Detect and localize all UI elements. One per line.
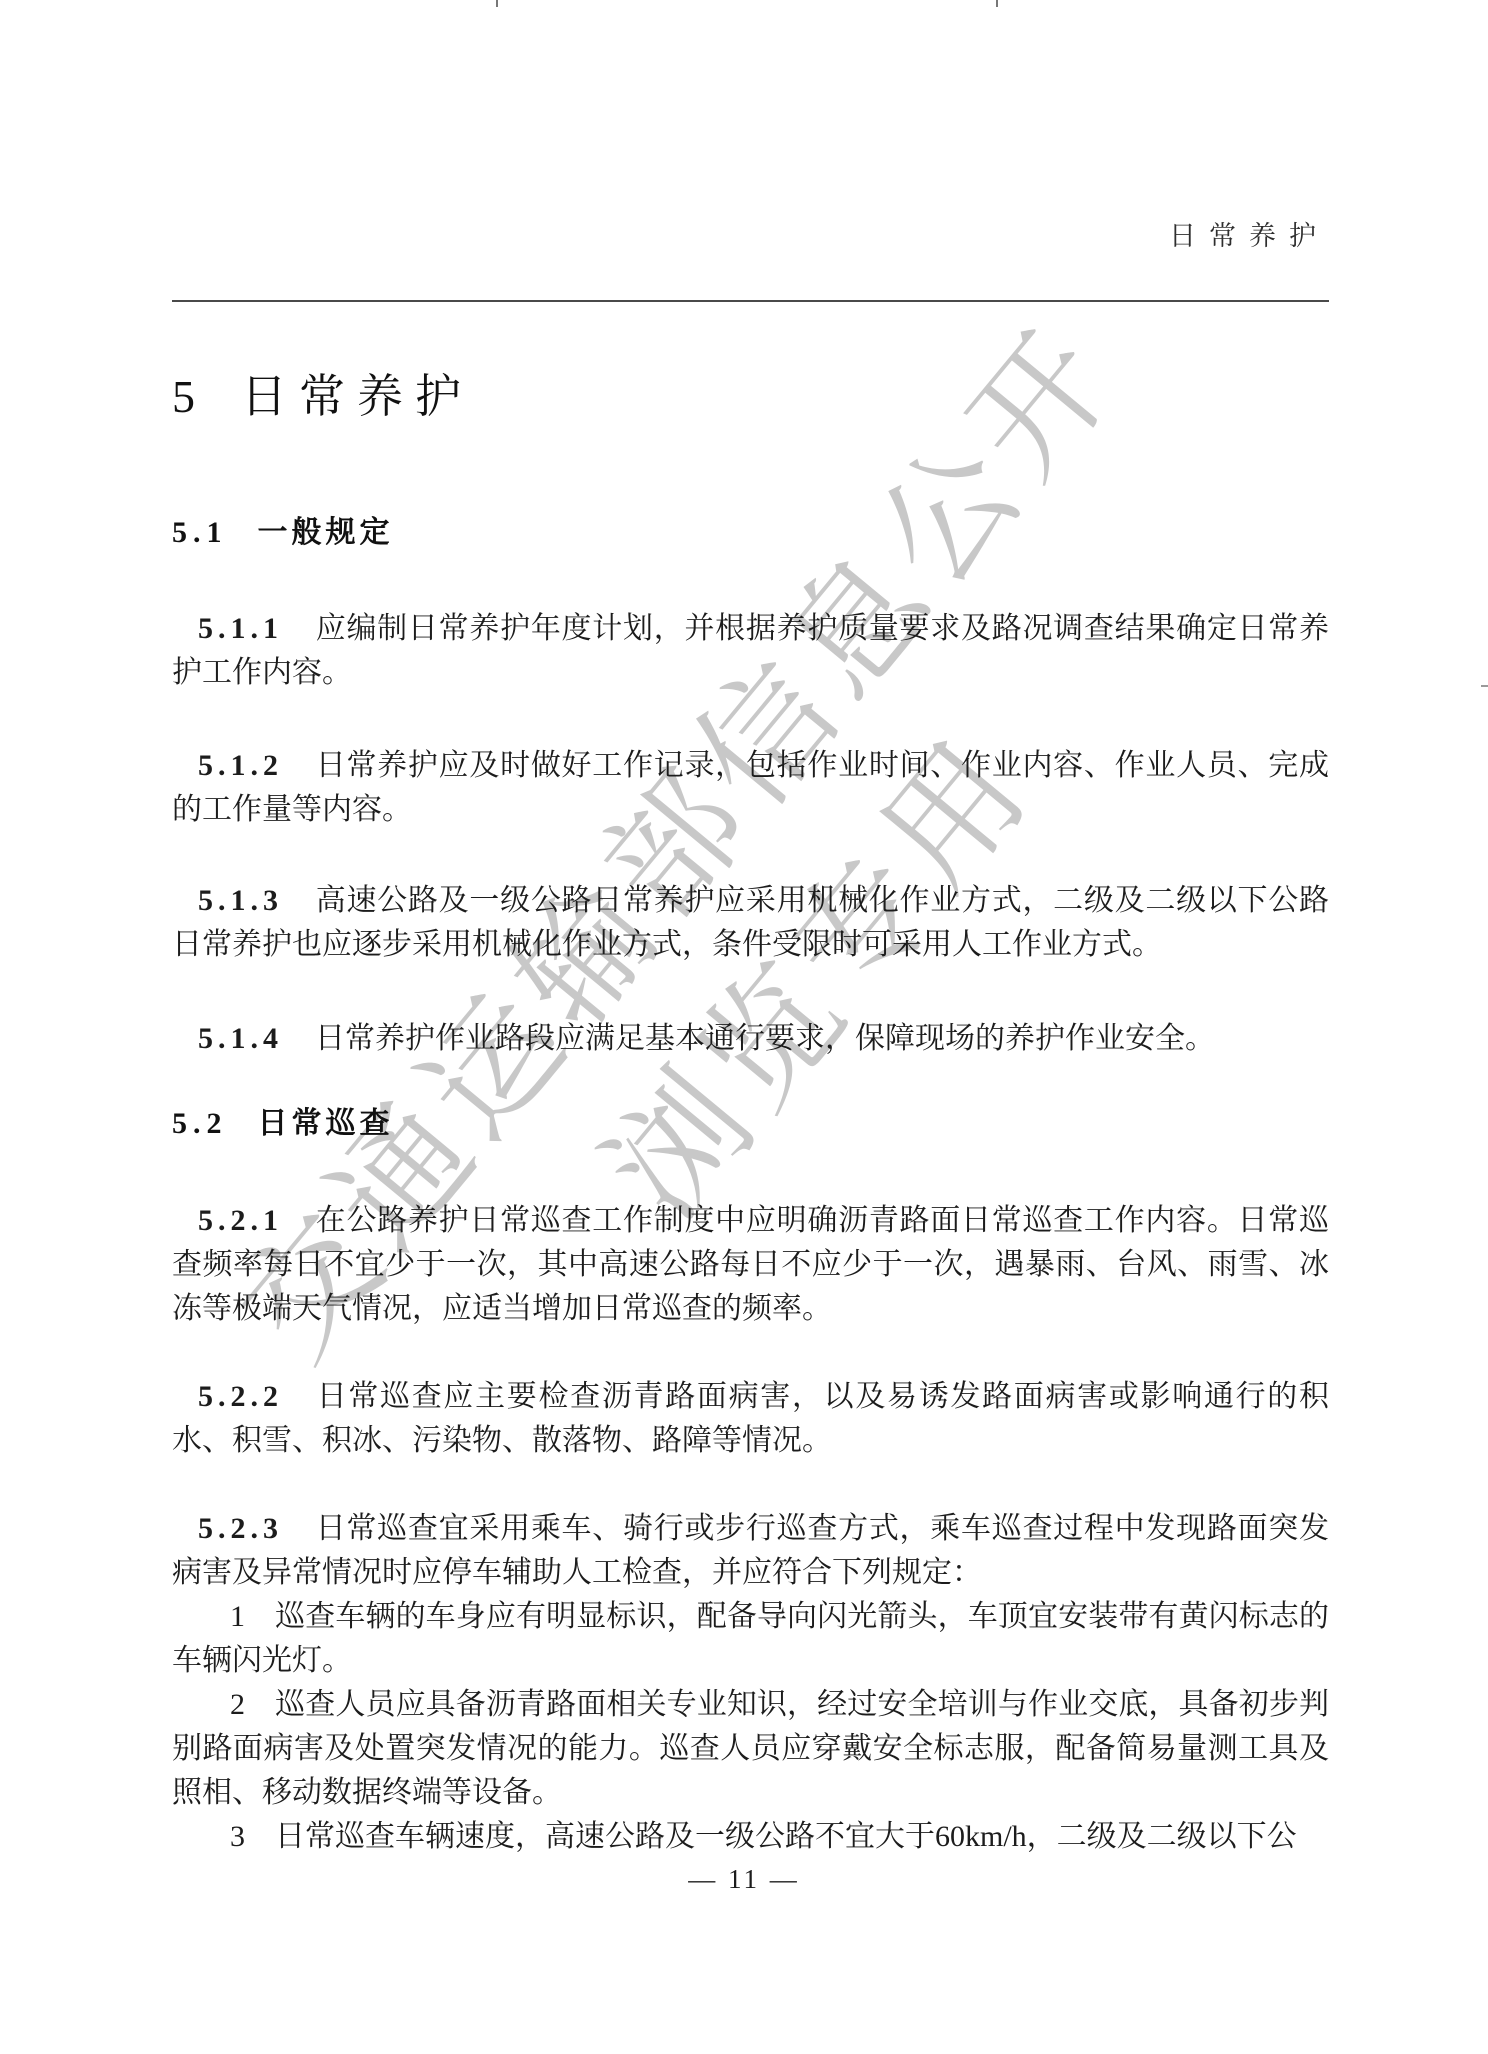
clause-text: 应编制日常养护年度计划，并根据养护质量要求及路况调查结果确定日常养护工作内容。 bbox=[172, 612, 1329, 689]
clause-number: 5.1.4 bbox=[198, 1022, 283, 1055]
clause-5-2-1: 5.2.1在公路养护日常巡查工作制度中应明确沥青路面日常巡查工作内容。日常巡查频… bbox=[172, 1199, 1329, 1331]
clause-5-2-2: 5.2.2日常巡查应主要检查沥青路面病害，以及易诱发路面病害或影响通行的积水、积… bbox=[172, 1375, 1329, 1463]
chapter-title: 5日常养护 bbox=[172, 370, 1329, 424]
chapter-number: 5 bbox=[172, 371, 195, 422]
clause-number: 5.1.1 bbox=[198, 612, 283, 645]
clause-5-1-2: 5.1.2日常养护应及时做好工作记录，包括作业时间、作业内容、作业人员、完成的工… bbox=[172, 744, 1329, 832]
item-number: 3 bbox=[230, 1820, 245, 1853]
sub-item-2: 2巡查人员应具备沥青路面相关专业知识，经过安全培训与作业交底，具备初步判别路面病… bbox=[172, 1683, 1329, 1815]
clause-number: 5.2.3 bbox=[198, 1512, 283, 1545]
clause-text: 日常巡查宜采用乘车、骑行或步行巡查方式，乘车巡查过程中发现路面突发病害及异常情况… bbox=[172, 1512, 1329, 1589]
section-heading-5-2: 5.2日常巡查 bbox=[172, 1106, 1329, 1142]
item-text: 日常巡查车辆速度，高速公路及一级公路不宜大于60km/h，二级及二级以下公 bbox=[275, 1820, 1297, 1853]
crop-mark-right-edge bbox=[1481, 685, 1488, 687]
clause-number: 5.1.2 bbox=[198, 749, 283, 782]
running-header: 日常养护 bbox=[1169, 214, 1329, 253]
section-number: 5.1 bbox=[172, 516, 228, 549]
item-text: 巡查人员应具备沥青路面相关专业知识，经过安全培训与作业交底，具备初步判别路面病害… bbox=[172, 1688, 1329, 1809]
clause-5-2-3: 5.2.3日常巡查宜采用乘车、骑行或步行巡查方式，乘车巡查过程中发现路面突发病害… bbox=[172, 1507, 1329, 1595]
clause-text: 日常巡查应主要检查沥青路面病害，以及易诱发路面病害或影响通行的积水、积雪、积冰、… bbox=[172, 1380, 1329, 1457]
clause-number: 5.2.2 bbox=[198, 1380, 283, 1413]
clause-5-1-3: 5.1.3高速公路及一级公路日常养护应采用机械化作业方式，二级及二级以下公路日常… bbox=[172, 879, 1329, 967]
clause-5-1-4: 5.1.4日常养护作业路段应满足基本通行要求，保障现场的养护作业安全。 bbox=[172, 1017, 1329, 1061]
sub-item-3: 3日常巡查车辆速度，高速公路及一级公路不宜大于60km/h，二级及二级以下公 bbox=[172, 1815, 1329, 1859]
crop-mark-top-left bbox=[496, 0, 498, 7]
section-title: 日常巡查 bbox=[258, 1107, 394, 1140]
page-number: — 11 — bbox=[0, 1864, 1488, 1895]
chapter-title-text: 日常养护 bbox=[241, 371, 473, 422]
item-number: 1 bbox=[230, 1600, 245, 1633]
clause-text: 日常养护作业路段应满足基本通行要求，保障现场的养护作业安全。 bbox=[315, 1022, 1215, 1055]
clause-text: 日常养护应及时做好工作记录，包括作业时间、作业内容、作业人员、完成的工作量等内容… bbox=[172, 749, 1329, 826]
clause-text: 高速公路及一级公路日常养护应采用机械化作业方式，二级及二级以下公路日常养护也应逐… bbox=[172, 884, 1329, 961]
clause-number: 5.2.1 bbox=[198, 1204, 283, 1237]
clause-number: 5.1.3 bbox=[198, 884, 283, 917]
crop-mark-top-right bbox=[996, 0, 998, 7]
section-number: 5.2 bbox=[172, 1107, 228, 1140]
section-heading-5-1: 5.1一般规定 bbox=[172, 515, 1329, 551]
header-rule bbox=[172, 300, 1329, 302]
sub-item-1: 1巡查车辆的车身应有明显标识，配备导向闪光箭头，车顶宜安装带有黄闪标志的车辆闪光… bbox=[172, 1595, 1329, 1683]
item-text: 巡查车辆的车身应有明显标识，配备导向闪光箭头，车顶宜安装带有黄闪标志的车辆闪光灯… bbox=[172, 1600, 1329, 1677]
clause-5-1-1: 5.1.1应编制日常养护年度计划，并根据养护质量要求及路况调查结果确定日常养护工… bbox=[172, 607, 1329, 695]
clause-text: 在公路养护日常巡查工作制度中应明确沥青路面日常巡查工作内容。日常巡查频率每日不宜… bbox=[172, 1204, 1329, 1325]
document-page: 交通运输部信息公开 浏览专用 日常养护 5日常养护 5.1一般规定 5.1.1应… bbox=[0, 0, 1488, 2054]
item-number: 2 bbox=[230, 1688, 245, 1721]
section-title: 一般规定 bbox=[258, 516, 394, 549]
clause-5-2-3-block: 5.2.3日常巡查宜采用乘车、骑行或步行巡查方式，乘车巡查过程中发现路面突发病害… bbox=[172, 1507, 1329, 1859]
